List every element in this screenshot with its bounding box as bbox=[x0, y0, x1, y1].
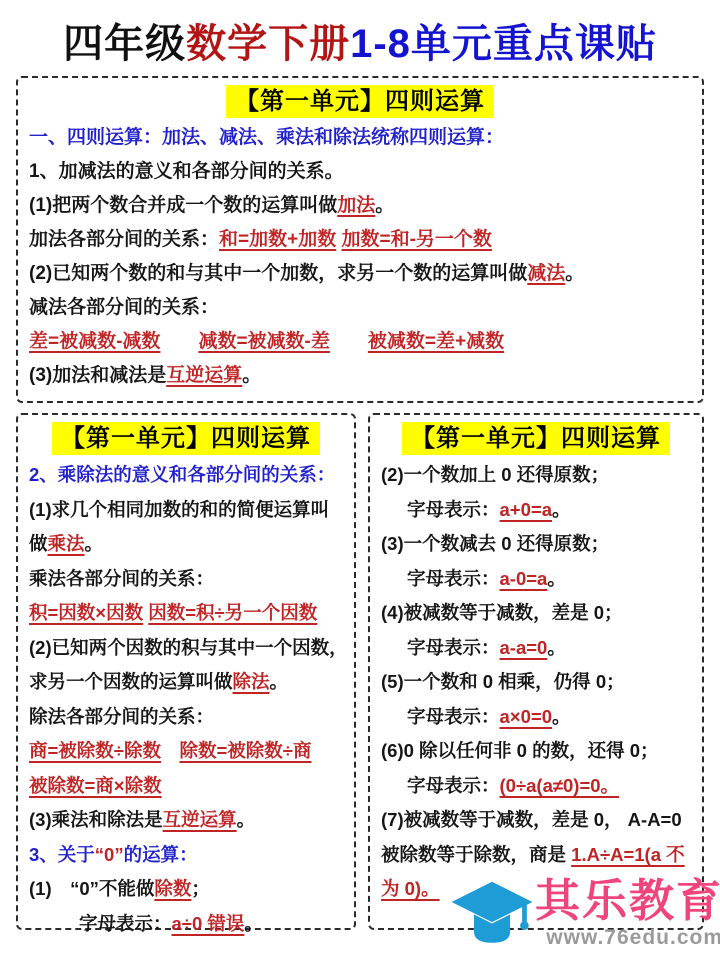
text-segment: (3)乘法和除法是 bbox=[29, 809, 163, 830]
text-segment: 。 bbox=[244, 913, 263, 934]
text-line: 字母表示：a-a=0。 bbox=[381, 631, 691, 666]
section-header: 【第一单元】四则运算 bbox=[29, 422, 343, 455]
text-segment: 求另一个因数的运算叫做 bbox=[29, 671, 233, 692]
text-line: 字母表示：a-0=a。 bbox=[381, 562, 691, 597]
highlighted-term: a+0=a bbox=[500, 499, 552, 520]
text-segment: 一、四则运算：加法、减法、乘法和除法统称四则运算： bbox=[29, 127, 504, 148]
text-segment: (1)求几个相同加数的和的简便运算叫 bbox=[29, 499, 329, 520]
highlighted-term: 加法 bbox=[337, 195, 375, 216]
text-segment: 字母表示： bbox=[407, 499, 500, 520]
unit1-card-left: 【第一单元】四则运算 2、乘除法的意义和各部分间的关系：(1)求几个相同加数的和… bbox=[16, 413, 356, 930]
highlighted-term: a-0=a bbox=[500, 568, 548, 589]
text-segment: ； bbox=[191, 878, 210, 899]
text-line: (7)被减数等于减数，差是 0， A-A=0 bbox=[381, 803, 691, 838]
text-line: (4)被减数等于减数，差是 0； bbox=[381, 596, 691, 631]
text-line: (3)加法和减法是互逆运算。 bbox=[29, 359, 691, 393]
text-line: 1、加减法的意义和各部分间的关系。 bbox=[29, 155, 691, 189]
text-segment bbox=[161, 740, 180, 761]
qile-edu-logo: 其乐教育 www.76edu.com bbox=[449, 874, 720, 960]
text-segment: 2、乘除法的意义和各部分间的关系： bbox=[29, 464, 335, 485]
text-segment: 乘法各部分间的关系： bbox=[29, 568, 214, 589]
section-header-label: 【第一单元】四则运算 bbox=[402, 422, 670, 455]
text-segment: 字母表示： bbox=[407, 568, 500, 589]
text-line: 字母表示：a÷0 错误。 bbox=[29, 907, 343, 942]
text-segment: (6)0 除以任何非 0 的数，还得 0； bbox=[381, 740, 659, 761]
text-segment: 。 bbox=[552, 499, 571, 520]
text-segment: (5)一个数和 0 相乘，仍得 0； bbox=[381, 671, 625, 692]
section-header-label: 【第一单元】四则运算 bbox=[52, 422, 320, 455]
text-segment: 的运算： bbox=[124, 844, 198, 865]
text-line: 差=被减数-减数 减数=被减数-差 被减数=差+减数 bbox=[29, 325, 691, 359]
text-segment: 字母表示： bbox=[407, 637, 500, 658]
section-header: 【第一单元】四则运算 bbox=[381, 422, 691, 455]
highlighted-term: 被减数=差+减数 bbox=[368, 331, 504, 352]
text-segment: 。 bbox=[552, 706, 571, 727]
text-line: 2、乘除法的意义和各部分间的关系： bbox=[29, 458, 343, 493]
text-line: 减法各部分间的关系： bbox=[29, 291, 691, 325]
highlighted-term: 差=被减数-减数 bbox=[29, 331, 160, 352]
unit1-card-right: 【第一单元】四则运算 (2)一个数加上 0 还得原数；字母表示：a+0=a。(3… bbox=[368, 413, 704, 930]
text-line: 字母表示：(0÷a(a≠0)=0。 bbox=[381, 769, 691, 804]
text-line: 乘法各部分间的关系： bbox=[29, 562, 343, 597]
highlighted-term: 减数=被减数-差 bbox=[198, 331, 329, 352]
text-segment: (1) “0”不能做 bbox=[29, 878, 154, 899]
highlighted-term: 除数=被除数÷商 bbox=[179, 740, 311, 761]
text-segment: 。 bbox=[270, 671, 289, 692]
highlighted-term: 被除数=商×除数 bbox=[29, 775, 162, 796]
text-line: 3、关于“0”的运算： bbox=[29, 838, 343, 873]
graduation-cap-icon bbox=[449, 874, 535, 960]
text-segment: 。 bbox=[547, 637, 566, 658]
text-line: (3)一个数减去 0 还得原数； bbox=[381, 527, 691, 562]
text-line: 求另一个因数的运算叫做除法。 bbox=[29, 665, 343, 700]
text-segment: (3)一个数减去 0 还得原数； bbox=[381, 533, 609, 554]
text-line: (5)一个数和 0 相乘，仍得 0； bbox=[381, 665, 691, 700]
highlighted-term: a×0=0 bbox=[500, 706, 552, 727]
title-grade: 四年级 bbox=[63, 22, 186, 66]
highlighted-term: a-a=0 bbox=[500, 637, 548, 658]
highlighted-term: 乘法 bbox=[48, 533, 85, 554]
text-line: 商=被除数÷除数 除数=被除数÷商 bbox=[29, 734, 343, 769]
text-segment: 。 bbox=[85, 533, 104, 554]
text-line: 字母表示：a×0=0。 bbox=[381, 700, 691, 735]
text-segment: 。 bbox=[237, 809, 256, 830]
highlighted-term: a÷0 错误 bbox=[172, 913, 245, 934]
text-segment: (4)被减数等于减数，差是 0； bbox=[381, 602, 623, 623]
text-segment bbox=[330, 331, 368, 352]
text-segment: 减法各部分间的关系： bbox=[29, 297, 219, 318]
text-line: (1)把两个数合并成一个数的运算叫做加法。 bbox=[29, 189, 691, 223]
title-range: 1-8单元重点课贴 bbox=[350, 22, 657, 66]
text-segment: 3、关于 bbox=[29, 844, 95, 865]
highlighted-term: “0” bbox=[95, 844, 124, 865]
section-body: 一、四则运算：加法、减法、乘法和除法统称四则运算：1、加减法的意义和各部分间的关… bbox=[29, 121, 691, 393]
text-line: (1) “0”不能做除数； bbox=[29, 872, 343, 907]
text-line: 除法各部分间的关系： bbox=[29, 700, 343, 735]
text-line: 一、四则运算：加法、减法、乘法和除法统称四则运算： bbox=[29, 121, 691, 155]
section-body: 2、乘除法的意义和各部分间的关系：(1)求几个相同加数的和的简便运算叫做乘法。乘… bbox=[29, 458, 343, 941]
text-segment: 被除数等于除数，商是 bbox=[381, 844, 571, 865]
text-line: 被除数等于除数，商是 1.A÷A=1(a 不 bbox=[381, 838, 691, 873]
text-segment: 。 bbox=[242, 365, 261, 386]
highlighted-term: 减法 bbox=[527, 263, 565, 284]
highlighted-term: 互逆运算 bbox=[163, 809, 237, 830]
text-line: (2)已知两个因数的积与其中一个因数， bbox=[29, 631, 343, 666]
highlighted-term: 1.A÷A=1(a 不 bbox=[571, 844, 684, 865]
highlighted-term: 积=因数×因数 bbox=[29, 602, 143, 623]
text-segment: 字母表示： bbox=[407, 706, 500, 727]
text-segment: 。 bbox=[565, 263, 584, 284]
text-line: (1)求几个相同加数的和的简便运算叫 bbox=[29, 493, 343, 528]
section-header-label: 【第一单元】四则运算 bbox=[226, 85, 494, 118]
section-body: (2)一个数加上 0 还得原数；字母表示：a+0=a。(3)一个数减去 0 还得… bbox=[381, 458, 691, 907]
text-line: 加法各部分间的关系：和=加数+加数 加数=和-另一个数 bbox=[29, 223, 691, 257]
text-segment: (3)加法和减法是 bbox=[29, 365, 166, 386]
highlighted-term: 商=被除数÷除数 bbox=[29, 740, 161, 761]
two-column-row: 【第一单元】四则运算 2、乘除法的意义和各部分间的关系：(1)求几个相同加数的和… bbox=[16, 413, 704, 930]
text-line: (6)0 除以任何非 0 的数，还得 0； bbox=[381, 734, 691, 769]
unit1-card-top: 【第一单元】四则运算 一、四则运算：加法、减法、乘法和除法统称四则运算：1、加减… bbox=[16, 76, 704, 403]
text-segment: 。 bbox=[547, 568, 566, 589]
text-segment: 加法各部分间的关系： bbox=[29, 229, 219, 250]
highlighted-term: 除数 bbox=[154, 878, 191, 899]
section-header: 【第一单元】四则运算 bbox=[29, 85, 691, 118]
text-segment: (1)把两个数合并成一个数的运算叫做 bbox=[29, 195, 337, 216]
text-line: 做乘法。 bbox=[29, 527, 343, 562]
logo-brand-name: 其乐教育 bbox=[535, 874, 720, 928]
text-line: (2)一个数加上 0 还得原数； bbox=[381, 458, 691, 493]
text-segment bbox=[160, 331, 198, 352]
text-segment: (2)已知两个因数的积与其中一个因数， bbox=[29, 637, 348, 658]
highlighted-term: 加数=和-另一个数 bbox=[342, 229, 492, 250]
text-segment: (7)被减数等于减数，差是 0， A-A=0 bbox=[381, 809, 682, 830]
text-line: 被除数=商×除数 bbox=[29, 769, 343, 804]
highlighted-term: 和=加数+加数 bbox=[219, 229, 336, 250]
highlighted-term: 除法 bbox=[233, 671, 270, 692]
text-segment: (2)一个数加上 0 还得原数； bbox=[381, 464, 609, 485]
text-line: (2)已知两个数的和与其中一个加数，求另一个数的运算叫做减法。 bbox=[29, 257, 691, 291]
text-segment: 字母表示： bbox=[79, 913, 172, 934]
text-segment: 。 bbox=[375, 195, 394, 216]
text-line: (3)乘法和除法是互逆运算。 bbox=[29, 803, 343, 838]
text-segment: 做 bbox=[29, 533, 48, 554]
logo-url: www.76edu.com bbox=[535, 928, 720, 948]
highlighted-term: (0÷a(a≠0)=0。 bbox=[500, 775, 620, 796]
text-line: 积=因数×因数 因数=积÷另一个因数 bbox=[29, 596, 343, 631]
highlighted-term: 因数=积÷另一个因数 bbox=[148, 602, 317, 623]
text-segment: 字母表示： bbox=[407, 775, 500, 796]
title-subject: 数学下册 bbox=[186, 22, 350, 66]
text-segment: (2)已知两个数的和与其中一个加数，求另一个数的运算叫做 bbox=[29, 263, 527, 284]
highlighted-term: 为 0)。 bbox=[381, 878, 440, 899]
logo-text: 其乐教育 www.76edu.com bbox=[535, 874, 720, 948]
page-title: 四年级数学下册1-8单元重点课贴 bbox=[0, 0, 720, 66]
highlighted-term: 互逆运算 bbox=[166, 365, 242, 386]
text-segment: 除法各部分间的关系： bbox=[29, 706, 214, 727]
text-segment: 1、加减法的意义和各部分间的关系。 bbox=[29, 161, 344, 182]
text-line: 字母表示：a+0=a。 bbox=[381, 493, 691, 528]
